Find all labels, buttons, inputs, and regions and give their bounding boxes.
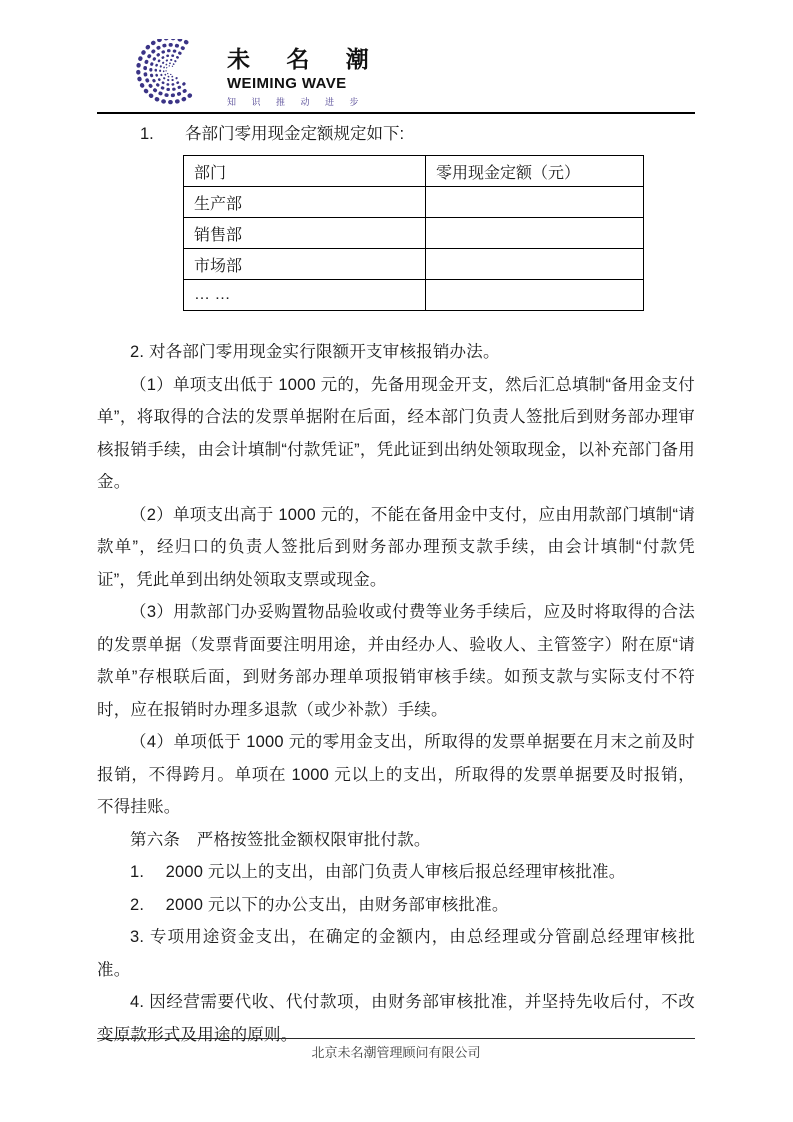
header-divider [97, 112, 695, 114]
clause-paragraph: 3. 专项用途资金支出，在确定的金额内，由总经理或分管副总经理审核批准。 [97, 921, 695, 986]
clause-paragraph: 2. 对各部门零用现金实行限额开支审核报销办法。 [97, 336, 695, 369]
table-row: 生产部 [184, 187, 644, 218]
logo-title-english: WEIMING WAVE [227, 75, 339, 92]
logo-swirl-icon [113, 39, 217, 109]
table-row: … … [184, 280, 644, 311]
clause-paragraph: （3）用款部门办妥购置物品验收或付费等业务手续后，应及时将取得的合法的发票单据（… [97, 596, 695, 726]
table-header-dept: 部门 [184, 156, 426, 187]
clause-paragraph: （1）单项支出低于 1000 元的，先备用现金开支，然后汇总填制“备用金支付单”… [97, 369, 695, 499]
table-row: 销售部 [184, 218, 644, 249]
page-footer: 北京未名潮管理顾问有限公司 [97, 1038, 695, 1061]
table-cell-amount [426, 187, 644, 218]
logo-title-chinese: 未 名 潮 [227, 41, 339, 74]
footer-divider [97, 1038, 695, 1039]
table-cell-dept: 生产部 [184, 187, 426, 218]
article-six-heading: 第六条 严格按签批金额权限审批付款。 [97, 824, 695, 857]
table-cell-amount [426, 218, 644, 249]
table-cell-dept: 市场部 [184, 249, 426, 280]
logo-tagline: 知 识 推 动 进 步 [227, 95, 339, 108]
clause-paragraph: 2. 2000 元以下的办公支出，由财务部审核批准。 [97, 889, 695, 922]
table-cell-dept: 销售部 [184, 218, 426, 249]
table-row: 市场部 [184, 249, 644, 280]
footer-company-name: 北京未名潮管理顾问有限公司 [97, 1042, 695, 1061]
logo-text: 未 名 潮 WEIMING WAVE 知 识 推 动 进 步 [227, 41, 339, 108]
petty-cash-quota-table: 部门 零用现金定额（元） 生产部 销售部 市场部 … … [183, 155, 644, 311]
intro-list-number: 1. [140, 123, 185, 145]
table-cell-dept: … … [184, 280, 426, 311]
document-body: 2. 对各部门零用现金实行限额开支审核报销办法。 （1）单项支出低于 1000 … [97, 336, 695, 1051]
logo: 未 名 潮 WEIMING WAVE 知 识 推 动 进 步 [113, 38, 695, 110]
table-cell-amount [426, 280, 644, 311]
table-header-row: 部门 零用现金定额（元） [184, 156, 644, 187]
clause-paragraph: （2）单项支出高于 1000 元的，不能在备用金中支付，应由用款部门填制“请款单… [97, 499, 695, 597]
clause-paragraph: （4）单项低于 1000 元的零用金支出，所取得的发票单据要在月末之前及时报销，… [97, 726, 695, 824]
intro-list-text: 各部门零用现金定额规定如下: [185, 125, 404, 143]
clause-paragraph: 1. 2000 元以上的支出，由部门负责人审核后报总经理审核批准。 [97, 856, 695, 889]
table-cell-amount [426, 249, 644, 280]
document-page: 未 名 潮 WEIMING WAVE 知 识 推 动 进 步 1.各部门零用现金… [0, 0, 793, 1122]
table-header-amount: 零用现金定额（元） [426, 156, 644, 187]
intro-list-item: 1.各部门零用现金定额规定如下: [97, 123, 695, 145]
